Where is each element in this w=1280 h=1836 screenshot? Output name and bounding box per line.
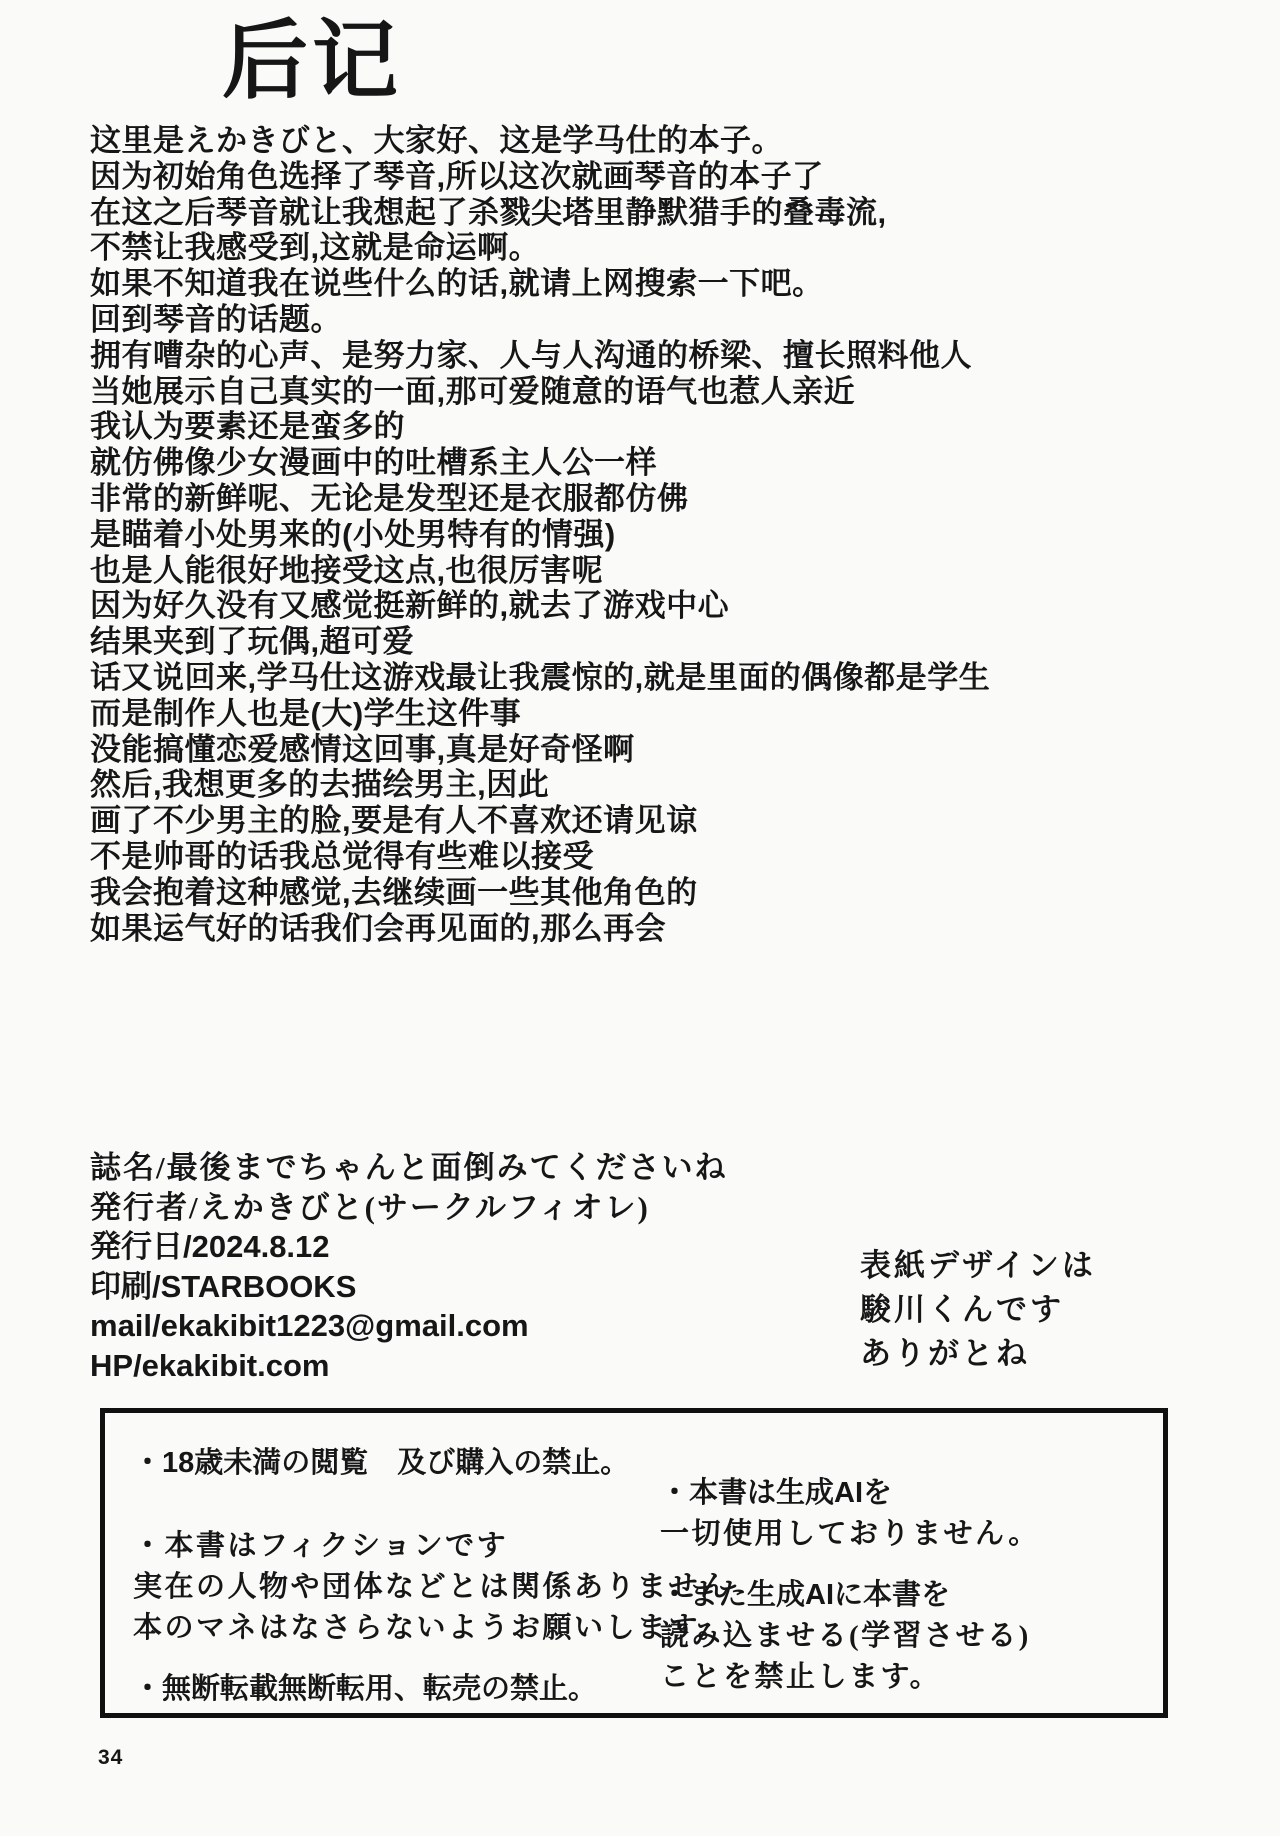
- page-number: 34: [98, 1746, 123, 1770]
- disclaimer-line-ai3: ・また生成AIに本書を: [660, 1575, 1140, 1616]
- body-line: 我认为要素还是蛮多的: [90, 409, 1190, 445]
- afterword-body: 这里是えかきびと、大家好、这是学马仕的本子。 因为初始角色选择了琴音,所以这次就…: [90, 123, 1190, 946]
- body-line: 也是人能很好地接受这点,也很厉害呢: [90, 553, 1190, 589]
- body-line: 画了不少男主的脸,要是有人不喜欢还请见谅: [90, 803, 1190, 839]
- cover-note-line: 駿川くんです: [860, 1288, 1096, 1332]
- cover-design-note: 表紙デザインは 駿川くんです ありがとね: [860, 1244, 1096, 1376]
- colophon-line-date: 発行日/2024.8.12: [90, 1227, 728, 1267]
- colophon-line-mail: mail/ekakibit1223@gmail.com: [90, 1306, 728, 1346]
- body-line: 结果夹到了玩偶,超可爱: [90, 624, 1190, 660]
- disclaimer-line-ai5: ことを禁止します。: [660, 1657, 1140, 1698]
- body-line: 因为好久没有又感觉挺新鲜的,就去了游戏中心: [90, 588, 1190, 624]
- disclaimer-line-fiction2: 実在の人物や団体などとは関係ありません: [133, 1567, 693, 1608]
- body-line: 我会抱着这种感觉,去继续画一些其他角色的: [90, 875, 1190, 911]
- disclaimer-line-reprint: ・無断転載無断転用、転売の禁止。: [133, 1669, 693, 1710]
- disclaimer-line-fiction: ・本書はフィクションです: [133, 1526, 693, 1567]
- body-line: 不禁让我感受到,这就是命运啊。: [90, 230, 1190, 266]
- body-line: 没能搞懂恋爱感情这回事,真是好奇怪啊: [90, 732, 1190, 768]
- afterword-page: 后记 这里是えかきびと、大家好、这是学马仕的本子。 因为初始角色选择了琴音,所以…: [0, 0, 1280, 1836]
- disclaimer-line-ai2: 一切使用しておりません。: [660, 1514, 1140, 1555]
- body-line: 然后,我想更多的去描绘男主,因此: [90, 767, 1190, 803]
- body-line: 因为初始角色选择了琴音,所以这次就画琴音的本子了: [90, 159, 1190, 195]
- body-line: 是瞄着小处男来的(小处男特有的情强): [90, 517, 1190, 553]
- disclaimer-line-ai4: 読み込ませる(学習させる): [660, 1616, 1140, 1657]
- body-line: 这里是えかきびと、大家好、这是学马仕的本子。: [90, 123, 1190, 159]
- disclaimer-right-column: ・本書は生成AIを 一切使用しておりません。 ・また生成AIに本書を 読み込ませ…: [660, 1473, 1140, 1698]
- disclaimer-box: ・18歳未満の閲覧 及び購入の禁止。 ・本書はフィクションです 実在の人物や団体…: [100, 1408, 1168, 1718]
- body-line: 如果不知道我在说些什么的话,就请上网搜索一下吧。: [90, 266, 1190, 302]
- colophon-line-printer: 印刷/STARBOOKS: [90, 1267, 728, 1307]
- colophon-line-title: 誌名/最後までちゃんと面倒みてくださいね: [90, 1148, 728, 1188]
- colophon-line-publisher: 発行者/えかきびと(サークルフィオレ): [90, 1188, 728, 1228]
- body-line: 话又说回来,学马仕这游戏最让我震惊的,就是里面的偶像都是学生: [90, 660, 1190, 696]
- body-line: 而是制作人也是(大)学生这件事: [90, 696, 1190, 732]
- cover-note-line: 表紙デザインは: [860, 1244, 1096, 1288]
- body-line: 当她展示自己真实的一面,那可爱随意的语气也惹人亲近: [90, 374, 1190, 410]
- colophon: 誌名/最後までちゃんと面倒みてくださいね 発行者/えかきびと(サークルフィオレ)…: [90, 1148, 728, 1385]
- disclaimer-line-ai1: ・本書は生成AIを: [660, 1473, 1140, 1514]
- body-line: 回到琴音的话题。: [90, 302, 1190, 338]
- colophon-line-homepage: HP/ekakibit.com: [90, 1346, 728, 1386]
- body-line: 在这之后琴音就让我想起了杀戮尖塔里静默猎手的叠毒流,: [90, 195, 1190, 231]
- body-line: 非常的新鲜呢、无论是发型还是衣服都仿佛: [90, 481, 1190, 517]
- disclaimer-left-column: ・18歳未満の閲覧 及び購入の禁止。 ・本書はフィクションです 実在の人物や団体…: [133, 1443, 693, 1710]
- body-line: 如果运气好的话我们会再见面的,那么再会: [90, 911, 1190, 947]
- disclaimer-line-fiction3: 本のマネはなさらないようお願いします。: [133, 1608, 693, 1649]
- disclaimer-line-age: ・18歳未満の閲覧 及び購入の禁止。: [133, 1443, 693, 1484]
- page-title: 后记: [222, 14, 402, 109]
- cover-note-line: ありがとね: [860, 1332, 1096, 1376]
- body-line: 不是帅哥的话我总觉得有些难以接受: [90, 839, 1190, 875]
- body-line: 就仿佛像少女漫画中的吐槽系主人公一样: [90, 445, 1190, 481]
- body-line: 拥有嘈杂的心声、是努力家、人与人沟通的桥梁、擅长照料他人: [90, 338, 1190, 374]
